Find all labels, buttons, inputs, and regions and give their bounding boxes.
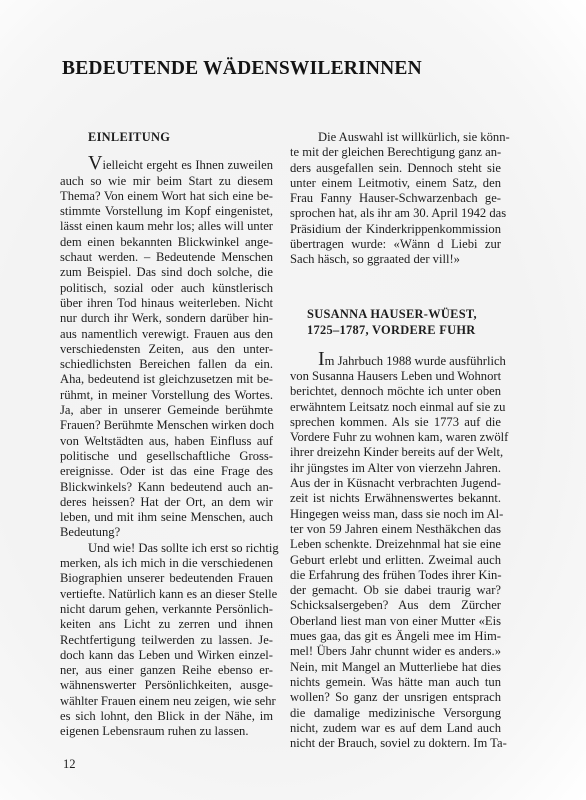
text-line: Schicksalsergeben? Aus dem Zürcher [290, 598, 501, 613]
text-line: nicht, zudem war es auf dem Land auch [290, 721, 501, 736]
text-line: Oberland liest man von einer Mutter «Eis [290, 614, 501, 629]
text-line: ihr jüngstes im Alter von vierzehn Jahre… [290, 461, 501, 476]
heading-line: SUSANNA HAUSER-WÜEST, [307, 306, 501, 322]
text-line: ter von 59 Jahren einem Nesthäkchen das [290, 522, 501, 537]
right-column: Die Auswahl ist willkürlich, sie könn- t… [290, 130, 501, 751]
text-line: merken, als ich mich in die verschiedene… [60, 556, 273, 571]
text-line: Leben schenkte. Dreizehnmal hat sie eine [290, 537, 501, 552]
text-line: sprochen hat, als ihr am 30. April 1942 … [290, 206, 501, 221]
text-line: wähnenswerter Persönlichkeiten, ausge- [60, 678, 273, 693]
paragraph-auswahl: Die Auswahl ist willkürlich, sie könn- t… [290, 130, 501, 268]
text-line: sprechen kommen. Als sie 1773 auf die [290, 415, 501, 430]
text-line: ereignisse. Oder ist das eine Frage des [60, 464, 273, 479]
text-line: lässt einen kaum mehr los; alles will un… [60, 219, 273, 234]
text-line: Aha, bedeutend ist gleichzusetzen mit be… [60, 372, 273, 387]
text-line: unter einem Leitmotiv, einem Satz, den [290, 176, 501, 191]
text-line: es sich lohnt, den Blick in der Nähe, im [60, 709, 273, 724]
text-line: von Susanna Hausers Leben und Wohnort [290, 369, 501, 384]
text-line: Nein, mit Mangel an Mutterliebe hat dies [290, 660, 501, 675]
text-line: te mit der gleichen Berechtigung ganz an… [290, 145, 501, 160]
text-line: über ihren Tod hinaus weiterleben. Nicht [60, 296, 273, 311]
paragraph-und-wie: Und wie! Das sollte ich erst so richtig … [60, 541, 273, 740]
text-line: wollen? So ganz der unsrigen entsprach [290, 690, 501, 705]
text-line: doch kann das Leben und Wirken einzel- [60, 648, 273, 663]
text-line: eigenen Lebensraum ruhen zu lassen. [60, 724, 273, 739]
page-number: 12 [63, 757, 76, 772]
text-line: schaut werden. – Bedeutende Menschen [60, 250, 273, 265]
text-line: Vordere Fuhr zu wohnen kam, waren zwölf [290, 430, 501, 445]
text-line: zum Beispiel. Das sind doch solche, die [60, 265, 273, 280]
text-line: der gemacht. Ob sie dabei traurig war? [290, 583, 501, 598]
section-heading-susanna-hauser: SUSANNA HAUSER-WÜEST, 1725–1787, VORDERE… [290, 306, 501, 338]
text-line: deres heissen? Hat der Ort, an dem wir [60, 495, 273, 510]
text-line: nur durch ihr Werk, sondern darüber hin- [60, 311, 273, 326]
text-line: rühmt, in meiner Vorstellung des Wortes. [60, 388, 273, 403]
text-line: aus namentlich verewigt. Frauen aus den [60, 327, 273, 342]
text-line: Blickwinkels? Kann bedeutend auch an- [60, 480, 273, 495]
text-line: die damalige medizinische Versorgung [290, 706, 501, 721]
text-line: Im Jahrbuch 1988 wurde ausführlich [290, 354, 501, 369]
text-line: Hingegen weiss man, dass sie noch im Al- [290, 507, 501, 522]
text-line: Vielleicht ergeht es Ihnen zuweilen [60, 158, 273, 173]
text-line: schiedlichsten Bereichen fallen da ein. [60, 357, 273, 372]
text-line: politische und gesellschaftliche Gross- [60, 449, 273, 464]
text-line: Geburt erlebt und erlitten. Zweimal auch [290, 553, 501, 568]
section-heading-einleitung: EINLEITUNG [60, 130, 273, 145]
left-column: EINLEITUNG Vielleicht ergeht es Ihnen zu… [60, 130, 273, 740]
text-line: wählter Frauen einem neu zeigen, wie seh… [60, 694, 273, 709]
text-line: erwähntem Leitsatz noch einmal auf sie z… [290, 400, 501, 415]
text-line: keiten ans Licht zu zerren und ihnen [60, 617, 273, 632]
text-line: Und wie! Das sollte ich erst so richtig [60, 541, 273, 556]
text-line: die Erfahrung des frühen Todes ihrer Kin… [290, 568, 501, 583]
text-line: berichtet, dennoch möchte ich unter oben [290, 384, 501, 399]
text-line: Sach häsch, so ggraated der vill!» [290, 252, 501, 267]
drop-cap: I [318, 348, 325, 370]
text-line: Aus der in Küsnacht verbrachten Jugend- [290, 476, 501, 491]
text-line: Frau Fanny Hauser-Schwarzenbach ge- [290, 191, 501, 206]
paragraph-intro: Vielleicht ergeht es Ihnen zuweilen auch… [60, 158, 273, 540]
text-line: nicht darum gehen, verkannte Persönlich- [60, 602, 273, 617]
text-line: zeit ist nichts Erwähnenswertes bekannt. [290, 491, 501, 506]
drop-cap: V [88, 152, 102, 174]
text-line: Präsidium der Kinderkrippenkommission [290, 222, 501, 237]
text-line: von Weltstädten aus, haben Einfluss auf [60, 434, 273, 449]
text-line: Ja, aber in unserer Gemeinde berühmte [60, 403, 273, 418]
text-line: Die Auswahl ist willkürlich, sie könn- [290, 130, 501, 145]
text-line: dem einen bekannten Blickwinkel ange- [60, 235, 273, 250]
text-line: übertragen wurde: «Wänn d Liebi zur [290, 237, 501, 252]
text-line: ihrer dreizehn Kinder bereits auf der We… [290, 445, 501, 460]
text-line: leben, und mit ihm seine Menschen, auch [60, 510, 273, 525]
text-line: verschiedensten Zeiten, aus den unter- [60, 342, 273, 357]
text-line: vertiefte. Natürlich kann es an dieser S… [60, 587, 273, 602]
text-line: auch so wie mir beim Start zu diesem [60, 174, 273, 189]
text-line: nicht der Brauch, soviel zu doktern. Im … [290, 736, 501, 751]
text-line: politisch, sozial oder auch künstlerisch [60, 281, 273, 296]
text-line: mues gaa, das git es Ängeli mee im Him- [290, 629, 501, 644]
page-title: BEDEUTENDE WÄDENSWILERINNEN [62, 58, 422, 80]
text-line: ner, aus einer ganzen Reihe ebenso er- [60, 663, 273, 678]
text-line: Frauen? Berühmte Menschen wirken doch [60, 418, 273, 433]
text-line: Thema? Von einem Wort hat sich eine be- [60, 189, 273, 204]
text-line: nichts gemein. Was hätte man auch tun [290, 675, 501, 690]
book-page: BEDEUTENDE WÄDENSWILERINNEN EINLEITUNG V… [0, 0, 586, 800]
text-line: Biographien unserer bedeutenden Frauen [60, 571, 273, 586]
text-line: Bedeutung? [60, 525, 273, 540]
paragraph-jahrbuch: Im Jahrbuch 1988 wurde ausführlich von S… [290, 354, 501, 752]
text-line: mel! Übers Jahr chunnt wider es anders.» [290, 644, 501, 659]
text-line: ders ausgefallen sein. Dennoch steht sie [290, 161, 501, 176]
text-line: stimmte Vorstellung im Kopf eingenistet, [60, 204, 273, 219]
heading-line: 1725–1787, VORDERE FUHR [307, 322, 501, 338]
text-line: Rechtfertigung teilwerden zu lassen. Je- [60, 633, 273, 648]
